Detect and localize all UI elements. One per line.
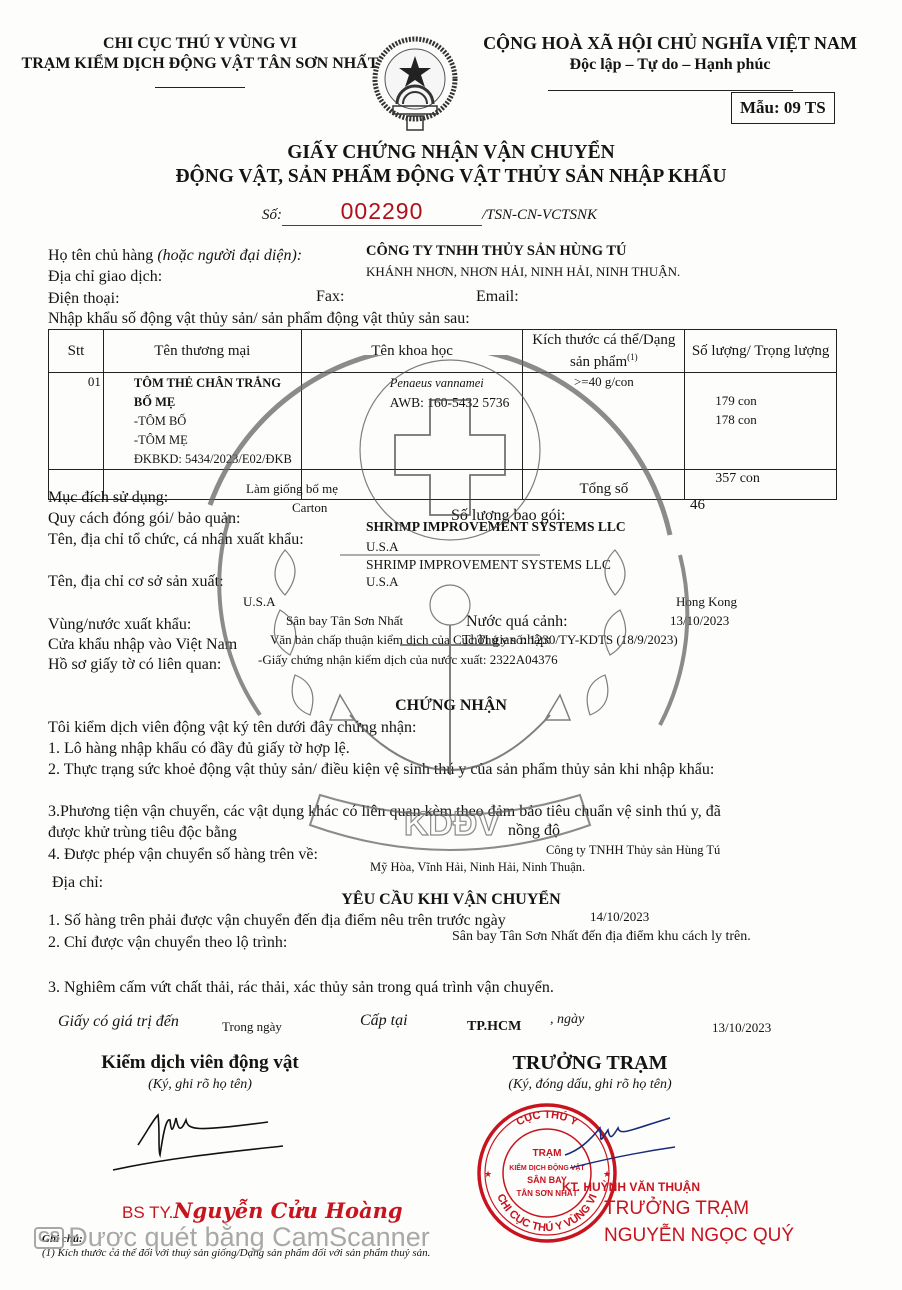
export-country-label: Vùng/nước xuất khẩu:	[48, 616, 191, 634]
svg-text:KIỂM DỊCH ĐỘNG VẬT: KIỂM DỊCH ĐỘNG VẬT	[509, 1163, 585, 1172]
exporter-country: U.S.A	[366, 539, 399, 555]
svg-text:★: ★	[603, 1169, 611, 1179]
issued-at-label: Cấp tại	[360, 1012, 408, 1030]
requirement-1: 1. Số hàng trên phải được vận chuyển đến…	[48, 912, 506, 930]
transit-country-value: Hong Kong	[676, 594, 737, 610]
official-stamp-icon: CỤC THÚ Y CHI CỤC THÚ Y VÙNG VI TRẠM KIỂ…	[472, 1098, 622, 1248]
col-quantity: Số lượng/ Trọng lượng	[685, 330, 837, 373]
cell-quantity: 179 con 178 con	[685, 373, 837, 470]
route-value: Sân bay Tân Sơn Nhất đến địa điểm khu cá…	[452, 929, 751, 945]
stamp-overprint-name: KT. HUỲNH VĂN THUẬN	[562, 1180, 700, 1194]
svg-text:TRẠM: TRẠM	[533, 1148, 562, 1159]
destination-address-label: Địa chỉ:	[52, 874, 103, 892]
total-value: 357 con	[685, 470, 837, 500]
package-count-value: 46	[690, 497, 705, 514]
certification-item-3b: được khử trùng tiêu độc bằng	[48, 824, 237, 842]
document-title-line2: ĐỘNG VẬT, SẢN PHẨM ĐỘNG VẬT THỦY SẢN NHẬ…	[0, 166, 902, 188]
import-intro: Nhập khẩu số động vật thủy sản/ sản phẩm…	[48, 310, 470, 328]
address-label: Địa chỉ giao dịch:	[48, 268, 162, 286]
border-gate-label: Cửa khẩu nhập vào Việt Nam	[48, 636, 237, 654]
export-country-value: U.S.A	[243, 594, 276, 610]
fax-label: Fax:	[316, 288, 344, 306]
purpose-value: Làm giống bố mẹ	[246, 481, 338, 497]
destination-address: Mỹ Hòa, Vĩnh Hải, Ninh Hải, Ninh Thuận.	[370, 860, 585, 875]
border-gate-value: Sân bay Tân Sơn Nhất	[286, 613, 403, 629]
exporter-name: SHRIMP IMPROVEMENT SYSTEMS LLC	[366, 519, 626, 535]
phone-label: Điện thoại:	[48, 290, 120, 308]
certification-item-2: 2. Thực trạng sức khoẻ động vật thủy sản…	[48, 761, 714, 779]
validity-value: Trong ngày	[222, 1019, 282, 1035]
producer-name: SHRIMP IMPROVEMENT SYSTEMS LLC	[366, 557, 611, 573]
related-docs-label: Hồ sơ giấy tờ có liên quan:	[48, 656, 221, 674]
certification-item-4: 4. Được phép vận chuyển số hàng trên về:	[48, 846, 318, 864]
address-value: KHÁNH NHƠN, NHƠN HẢI, NINH HẢI, NINH THU…	[366, 264, 680, 280]
issuing-agency: CHI CỤC THÚ Y VÙNG VI TRẠM KIỂM DỊCH ĐỘN…	[0, 34, 400, 94]
certification-heading: CHỨNG NHẬN	[0, 697, 902, 715]
issued-place: TP.HCM	[467, 1019, 521, 1035]
certification-intro: Tôi kiểm dịch viên động vật ký tên dưới …	[48, 719, 416, 737]
col-trade-name: Tên thương mại	[103, 330, 301, 373]
certification-item-3a: 3.Phương tiện vận chuyển, các vật dụng k…	[48, 803, 721, 821]
station-head-name: NGUYỄN NGỌC QUÝ	[604, 1225, 794, 1247]
packing-value: Carton	[292, 500, 327, 516]
station-head-role: TRƯỞNG TRẠM	[604, 1198, 749, 1220]
related-doc-2: -Giấy chứng nhận kiểm dịch của nước xuất…	[258, 652, 558, 668]
inspector-sign-hint: (Ký, ghi rõ họ tên)	[80, 1077, 320, 1093]
producer-label: Tên, địa chỉ cơ sở sản xuất:	[48, 573, 224, 591]
inspector-name: BS TY.Nguyễn Cửu Hoàng	[122, 1198, 403, 1223]
svg-text:★: ★	[484, 1169, 492, 1179]
svg-text:CHI CỤC THÚ Y VÙNG VI: CHI CỤC THÚ Y VÙNG VI	[494, 1192, 600, 1234]
cell-scientific-name: Penaeus vannamei AWB: 160-5432 5736	[301, 373, 523, 470]
document-title-line1: GIẤY CHỨNG NHẬN VẬN CHUYỂN	[0, 142, 902, 164]
owner-name-value: CÔNG TY TNHH THỦY SẢN HÙNG TÚ	[366, 243, 627, 260]
transit-label: Nước quá cảnh:	[466, 613, 568, 631]
issued-date-label: , ngày	[550, 1012, 584, 1028]
cell-stt: 01	[49, 373, 104, 470]
svg-text:SÂN BAY: SÂN BAY	[527, 1174, 567, 1185]
col-size: Kích thước cá thể/Dạng sản phẩm(1)	[523, 330, 685, 373]
col-scientific-name: Tên khoa học	[301, 330, 523, 373]
total-label: Tổng số	[523, 470, 685, 500]
certificate-number-suffix: /TSN-CN-VCTSNK	[482, 207, 597, 223]
divider	[155, 87, 245, 88]
requirement-3: 3. Nghiêm cấm vứt chất thải, rác thải, x…	[48, 979, 554, 997]
agency-name: TRẠM KIỂM DỊCH ĐỘNG VẬT TÂN SƠN NHẤT	[0, 54, 400, 74]
station-head-sign-hint: (Ký, đóng dấu, ghi rõ họ tên)	[450, 1077, 730, 1093]
head-signature-icon	[560, 1110, 680, 1170]
concentration-label: nồng độ	[508, 822, 560, 840]
deadline-date: 14/10/2023	[590, 909, 649, 925]
cell-trade-name: TÔM THẺ CHÂN TRẮNG BỐ MẸ -TÔM BỐ -TÔM MẸ…	[103, 373, 301, 470]
producer-country: U.S.A	[366, 574, 399, 590]
divider	[548, 90, 793, 91]
exporter-label: Tên, địa chỉ tổ chức, cá nhân xuất khẩu:	[48, 531, 304, 549]
camscanner-logo-icon: CS	[34, 1227, 64, 1249]
col-stt: Stt	[49, 330, 104, 373]
owner-name-label: Họ tên chủ hàng (hoặc người đại diện):	[48, 247, 302, 265]
svg-text:CỤC THÚ Y: CỤC THÚ Y	[514, 1109, 580, 1129]
purpose-label: Mục đích sử dụng:	[48, 489, 168, 507]
station-head-title: TRƯỞNG TRẠM	[470, 1052, 710, 1075]
table-row: 01 TÔM THẺ CHÂN TRẮNG BỐ MẸ -TÔM BỐ -TÔM…	[49, 373, 837, 470]
packing-label: Quy cách đóng gói/ bảo quản:	[48, 510, 240, 528]
destination-company: Công ty TNHH Thủy sản Hùng Tú	[546, 843, 720, 858]
form-code-box: Mẫu: 09 TS	[731, 92, 835, 124]
certification-item-1: 1. Lô hàng nhập khẩu có đầy đủ giấy tờ h…	[48, 740, 350, 758]
import-time-label: Thời gian nhập:	[462, 633, 551, 649]
import-time-value: 13/10/2023	[670, 613, 729, 629]
country-name: CỘNG HOÀ XÃ HỘI CHỦ NGHĨA VIỆT NAM	[470, 32, 870, 54]
inspector-signature-icon	[108, 1100, 288, 1175]
camscanner-watermark: CSĐược quét bằng CamScanner	[34, 1222, 430, 1253]
requirement-2: 2. Chỉ được vận chuyển theo lộ trình:	[48, 934, 287, 952]
validity-label: Giấy có giá trị đến	[58, 1013, 179, 1031]
inspector-title: Kiểm dịch viên động vật	[80, 1052, 320, 1074]
cell-size: >=40 g/con	[523, 373, 685, 470]
national-motto: CỘNG HOÀ XÃ HỘI CHỦ NGHĨA VIỆT NAM Độc l…	[470, 32, 870, 98]
national-emblem-icon	[367, 34, 463, 134]
goods-table: Stt Tên thương mại Tên khoa học Kích thư…	[48, 329, 837, 500]
certificate-number: Số:002290/TSN-CN-VCTSNK	[262, 198, 597, 226]
agency-parent: CHI CỤC THÚ Y VÙNG VI	[0, 34, 400, 54]
requirements-heading: YÊU CẦU KHI VẬN CHUYỂN	[0, 891, 902, 909]
email-label: Email:	[476, 288, 519, 306]
certificate-number-value: 002290	[341, 198, 424, 224]
issued-date: 13/10/2023	[712, 1020, 771, 1036]
motto: Độc lập – Tự do – Hạnh phúc	[470, 54, 870, 76]
table-header-row: Stt Tên thương mại Tên khoa học Kích thư…	[49, 330, 837, 373]
